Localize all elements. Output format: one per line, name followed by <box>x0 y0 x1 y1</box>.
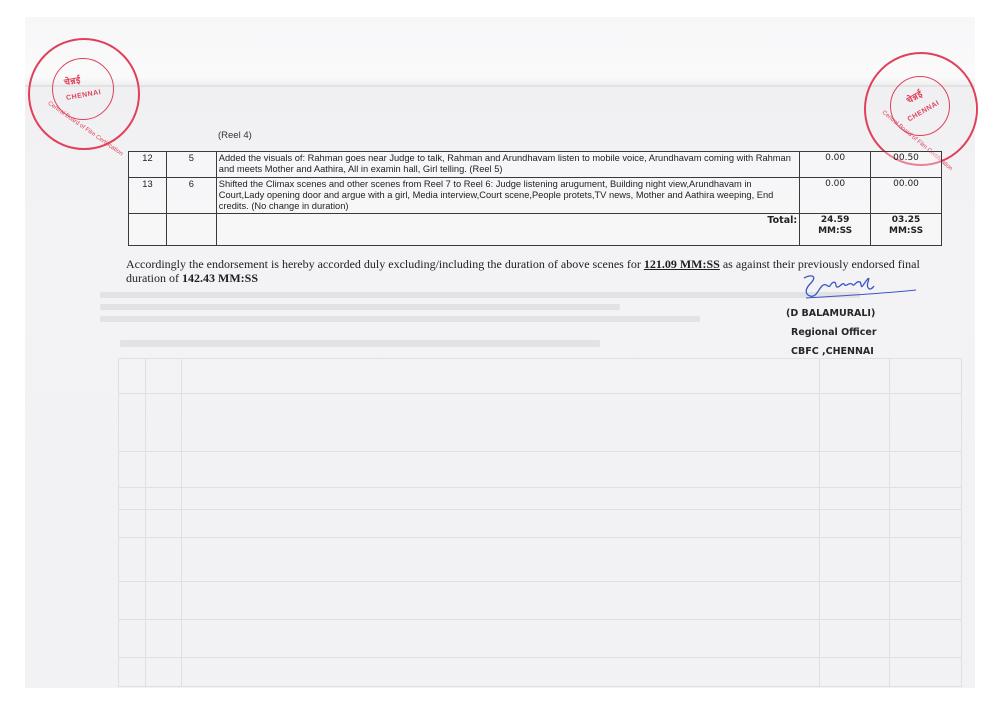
endorsement-text-1: Accordingly the endorsement is hereby ac… <box>126 257 644 271</box>
total-deleted-unit: MM:SS <box>802 226 868 237</box>
total-added-value: 03.25 <box>873 215 939 226</box>
cbfc-seal-left: चेन्नई CHENNAI Central Board of Film Cer… <box>28 38 140 150</box>
modifications-table: 12 5 Added the visuals of: Rahman goes n… <box>128 151 942 246</box>
cell-reel-no: 6 <box>166 178 216 214</box>
fold-shadow <box>25 85 975 87</box>
total-deleted: 24.59 MM:SS <box>800 214 871 246</box>
signature-icon <box>798 272 918 302</box>
cell-empty <box>129 214 167 246</box>
excluded-duration: 121.09 MM:SS <box>644 257 720 271</box>
total-label: Total: <box>216 214 799 246</box>
signatory-block: (D BALAMURALI) Regional Officer CBFC ,CH… <box>786 308 877 365</box>
cell-deleted-duration: 0.00 <box>800 152 871 178</box>
table-total-row: Total: 24.59 MM:SS 03.25 MM:SS <box>129 214 942 246</box>
cell-sl-no: 12 <box>129 152 167 178</box>
cell-reel-no: 5 <box>166 152 216 178</box>
cbfc-seal-right: चेन्नई CHENNAI Central Board of Film Cer… <box>864 52 978 166</box>
cell-added-duration: 00.50 <box>871 152 942 178</box>
cell-sl-no: 13 <box>129 178 167 214</box>
cell-deleted-duration: 0.00 <box>800 178 871 214</box>
table-row: 13 6 Shifted the Climax scenes and other… <box>129 178 942 214</box>
total-added: 03.25 MM:SS <box>871 214 942 246</box>
signatory-designation: Regional Officer <box>791 327 877 346</box>
final-duration: 142.43 MM:SS <box>182 271 258 285</box>
signatory-name: (D BALAMURALI) <box>786 308 877 327</box>
cell-description: Shifted the Climax scenes and other scen… <box>216 178 799 214</box>
total-deleted-value: 24.59 <box>802 215 868 226</box>
signatory-office: CBFC ,CHENNAI <box>791 346 877 365</box>
cell-added-duration: 00.00 <box>871 178 942 214</box>
reel-caption: (Reel 4) <box>218 130 252 141</box>
table-row: 12 5 Added the visuals of: Rahman goes n… <box>129 152 942 178</box>
cell-description: Added the visuals of: Rahman goes near J… <box>216 152 799 178</box>
cell-empty <box>166 214 216 246</box>
total-added-unit: MM:SS <box>873 226 939 237</box>
